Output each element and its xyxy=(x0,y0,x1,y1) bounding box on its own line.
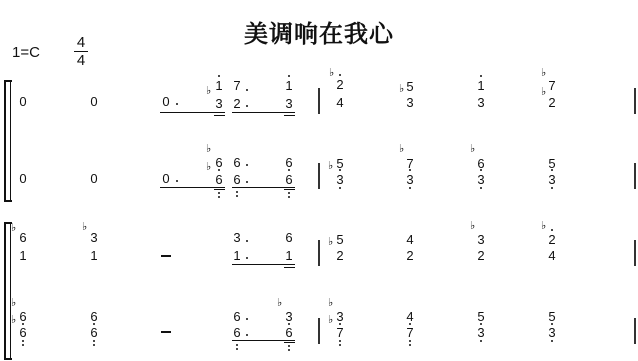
system-2-brace xyxy=(4,222,12,360)
octave-dot xyxy=(288,349,290,351)
note: 6 xyxy=(17,310,29,323)
note: 6 xyxy=(231,173,243,186)
underline xyxy=(284,267,295,268)
note: 3 xyxy=(283,310,295,323)
note: 2 xyxy=(334,249,346,262)
note: 6 xyxy=(213,173,225,186)
flat-icon: ♭ xyxy=(11,297,16,308)
note: 7 xyxy=(404,326,416,339)
underline xyxy=(284,115,295,116)
time-signature-top: 4 xyxy=(72,34,90,51)
barline xyxy=(634,163,636,189)
note: 6 xyxy=(231,156,243,169)
flat-icon: ♭ xyxy=(328,236,333,247)
octave-dot xyxy=(22,340,24,342)
note: 3 xyxy=(88,231,100,244)
octave-dot xyxy=(288,75,290,77)
note: 4 xyxy=(546,249,558,262)
flat-icon: ♭ xyxy=(541,67,546,78)
note: 1 xyxy=(283,249,295,262)
note: 6 xyxy=(283,173,295,186)
note: 3 xyxy=(213,97,225,110)
octave-dot xyxy=(236,191,238,193)
time-signature-bottom: 4 xyxy=(72,52,90,69)
underline xyxy=(284,342,295,343)
note: 6 xyxy=(88,310,100,323)
flat-icon: ♭ xyxy=(329,67,334,78)
octave-dot xyxy=(551,229,553,231)
aug-dot xyxy=(246,318,248,320)
note: 6 xyxy=(213,156,225,169)
octave-dot xyxy=(480,340,482,342)
octave-dot xyxy=(218,196,220,198)
note: 5 xyxy=(546,310,558,323)
note: 3 xyxy=(231,231,243,244)
note: 1 xyxy=(213,79,225,92)
note: 3 xyxy=(546,173,558,186)
note: 3 xyxy=(404,96,416,109)
octave-dot xyxy=(288,192,290,194)
score-title: 美调响在我心 xyxy=(0,14,638,49)
octave-dot xyxy=(409,169,411,171)
note: 0 xyxy=(17,172,29,185)
aug-dot xyxy=(246,105,248,107)
note: 0 xyxy=(17,95,29,108)
octave-dot xyxy=(93,344,95,346)
note: 4 xyxy=(404,310,416,323)
octave-dot xyxy=(218,75,220,77)
flat-icon: ♭ xyxy=(206,143,211,154)
octave-dot xyxy=(236,195,238,197)
note: 7 xyxy=(231,79,243,92)
aug-dot xyxy=(176,103,178,105)
system-1-brace xyxy=(4,80,12,202)
time-signature: 4 4 xyxy=(72,34,90,69)
note: 0 xyxy=(88,172,100,185)
octave-dot xyxy=(339,187,341,189)
aug-dot xyxy=(176,180,178,182)
barline xyxy=(318,318,320,344)
octave-dot xyxy=(551,169,553,171)
note: 3 xyxy=(283,97,295,110)
note: 1 xyxy=(475,79,487,92)
flat-icon: ♭ xyxy=(82,221,87,232)
note: 3 xyxy=(475,233,487,246)
note: 1 xyxy=(88,249,100,262)
note: 6 xyxy=(283,231,295,244)
flat-icon: ♭ xyxy=(277,297,282,308)
octave-dot xyxy=(288,345,290,347)
underline xyxy=(232,112,295,113)
barline xyxy=(634,318,636,344)
octave-dot xyxy=(218,169,220,171)
note: 1 xyxy=(283,79,295,92)
note: 6 xyxy=(283,156,295,169)
note: 7 xyxy=(334,326,346,339)
note: 1 xyxy=(231,249,243,262)
flat-icon: ♭ xyxy=(541,220,546,231)
note: 5 xyxy=(334,233,346,246)
octave-dot xyxy=(480,187,482,189)
flat-icon: ♭ xyxy=(206,85,211,96)
octave-dot xyxy=(409,187,411,189)
note: 0 xyxy=(88,95,100,108)
underline xyxy=(214,115,225,116)
note: 3 xyxy=(475,173,487,186)
flat-icon: ♭ xyxy=(11,222,16,233)
underline xyxy=(160,112,225,113)
note: 2 xyxy=(231,97,243,110)
octave-dot xyxy=(409,344,411,346)
sustain-dash xyxy=(161,331,171,333)
note: 7 xyxy=(546,79,558,92)
note: 0 xyxy=(160,95,172,108)
octave-dot xyxy=(339,340,341,342)
underline xyxy=(214,189,225,190)
octave-dot xyxy=(288,169,290,171)
note: 6 xyxy=(88,326,100,339)
octave-dot xyxy=(339,344,341,346)
octave-dot xyxy=(22,344,24,346)
sustain-dash xyxy=(161,255,171,257)
octave-dot xyxy=(480,169,482,171)
aug-dot xyxy=(246,164,248,166)
flat-icon: ♭ xyxy=(328,297,333,308)
note: 1 xyxy=(17,249,29,262)
note: 5 xyxy=(475,310,487,323)
underline xyxy=(232,264,295,265)
octave-dot xyxy=(551,340,553,342)
note: 3 xyxy=(546,326,558,339)
octave-dot xyxy=(288,196,290,198)
note: 2 xyxy=(546,233,558,246)
note: 3 xyxy=(334,310,346,323)
flat-icon: ♭ xyxy=(11,314,16,325)
underline xyxy=(232,340,295,341)
note: 2 xyxy=(404,249,416,262)
aug-dot xyxy=(246,257,248,259)
note: 5 xyxy=(404,80,416,93)
note: 2 xyxy=(546,96,558,109)
note: 3 xyxy=(404,173,416,186)
note: 4 xyxy=(334,96,346,109)
flat-icon: ♭ xyxy=(399,143,404,154)
note: 2 xyxy=(334,78,346,91)
octave-dot xyxy=(409,340,411,342)
octave-dot xyxy=(339,74,341,76)
flat-icon: ♭ xyxy=(470,220,475,231)
underline xyxy=(232,187,295,188)
barline xyxy=(318,163,320,189)
octave-dot xyxy=(339,169,341,171)
note: 6 xyxy=(283,326,295,339)
flat-icon: ♭ xyxy=(206,161,211,172)
note: 0 xyxy=(160,172,172,185)
barline xyxy=(318,88,320,114)
underline xyxy=(160,187,225,188)
barline xyxy=(634,240,636,266)
aug-dot xyxy=(246,334,248,336)
flat-icon: ♭ xyxy=(328,314,333,325)
octave-dot xyxy=(551,187,553,189)
note: 2 xyxy=(475,249,487,262)
note: 6 xyxy=(17,326,29,339)
key-signature: 1=C xyxy=(12,44,40,61)
note: 6 xyxy=(17,231,29,244)
note: 4 xyxy=(404,233,416,246)
flat-icon: ♭ xyxy=(470,143,475,154)
note: 3 xyxy=(334,173,346,186)
aug-dot xyxy=(246,240,248,242)
aug-dot xyxy=(246,181,248,183)
barline xyxy=(318,240,320,266)
octave-dot xyxy=(93,340,95,342)
octave-dot xyxy=(480,75,482,77)
octave-dot xyxy=(218,192,220,194)
octave-dot xyxy=(236,348,238,350)
octave-dot xyxy=(236,344,238,346)
note: 3 xyxy=(475,96,487,109)
note: 6 xyxy=(231,326,243,339)
flat-icon: ♭ xyxy=(328,160,333,171)
underline xyxy=(284,189,295,190)
note: 6 xyxy=(231,310,243,323)
aug-dot xyxy=(246,89,248,91)
barline xyxy=(634,88,636,114)
note: 3 xyxy=(475,326,487,339)
